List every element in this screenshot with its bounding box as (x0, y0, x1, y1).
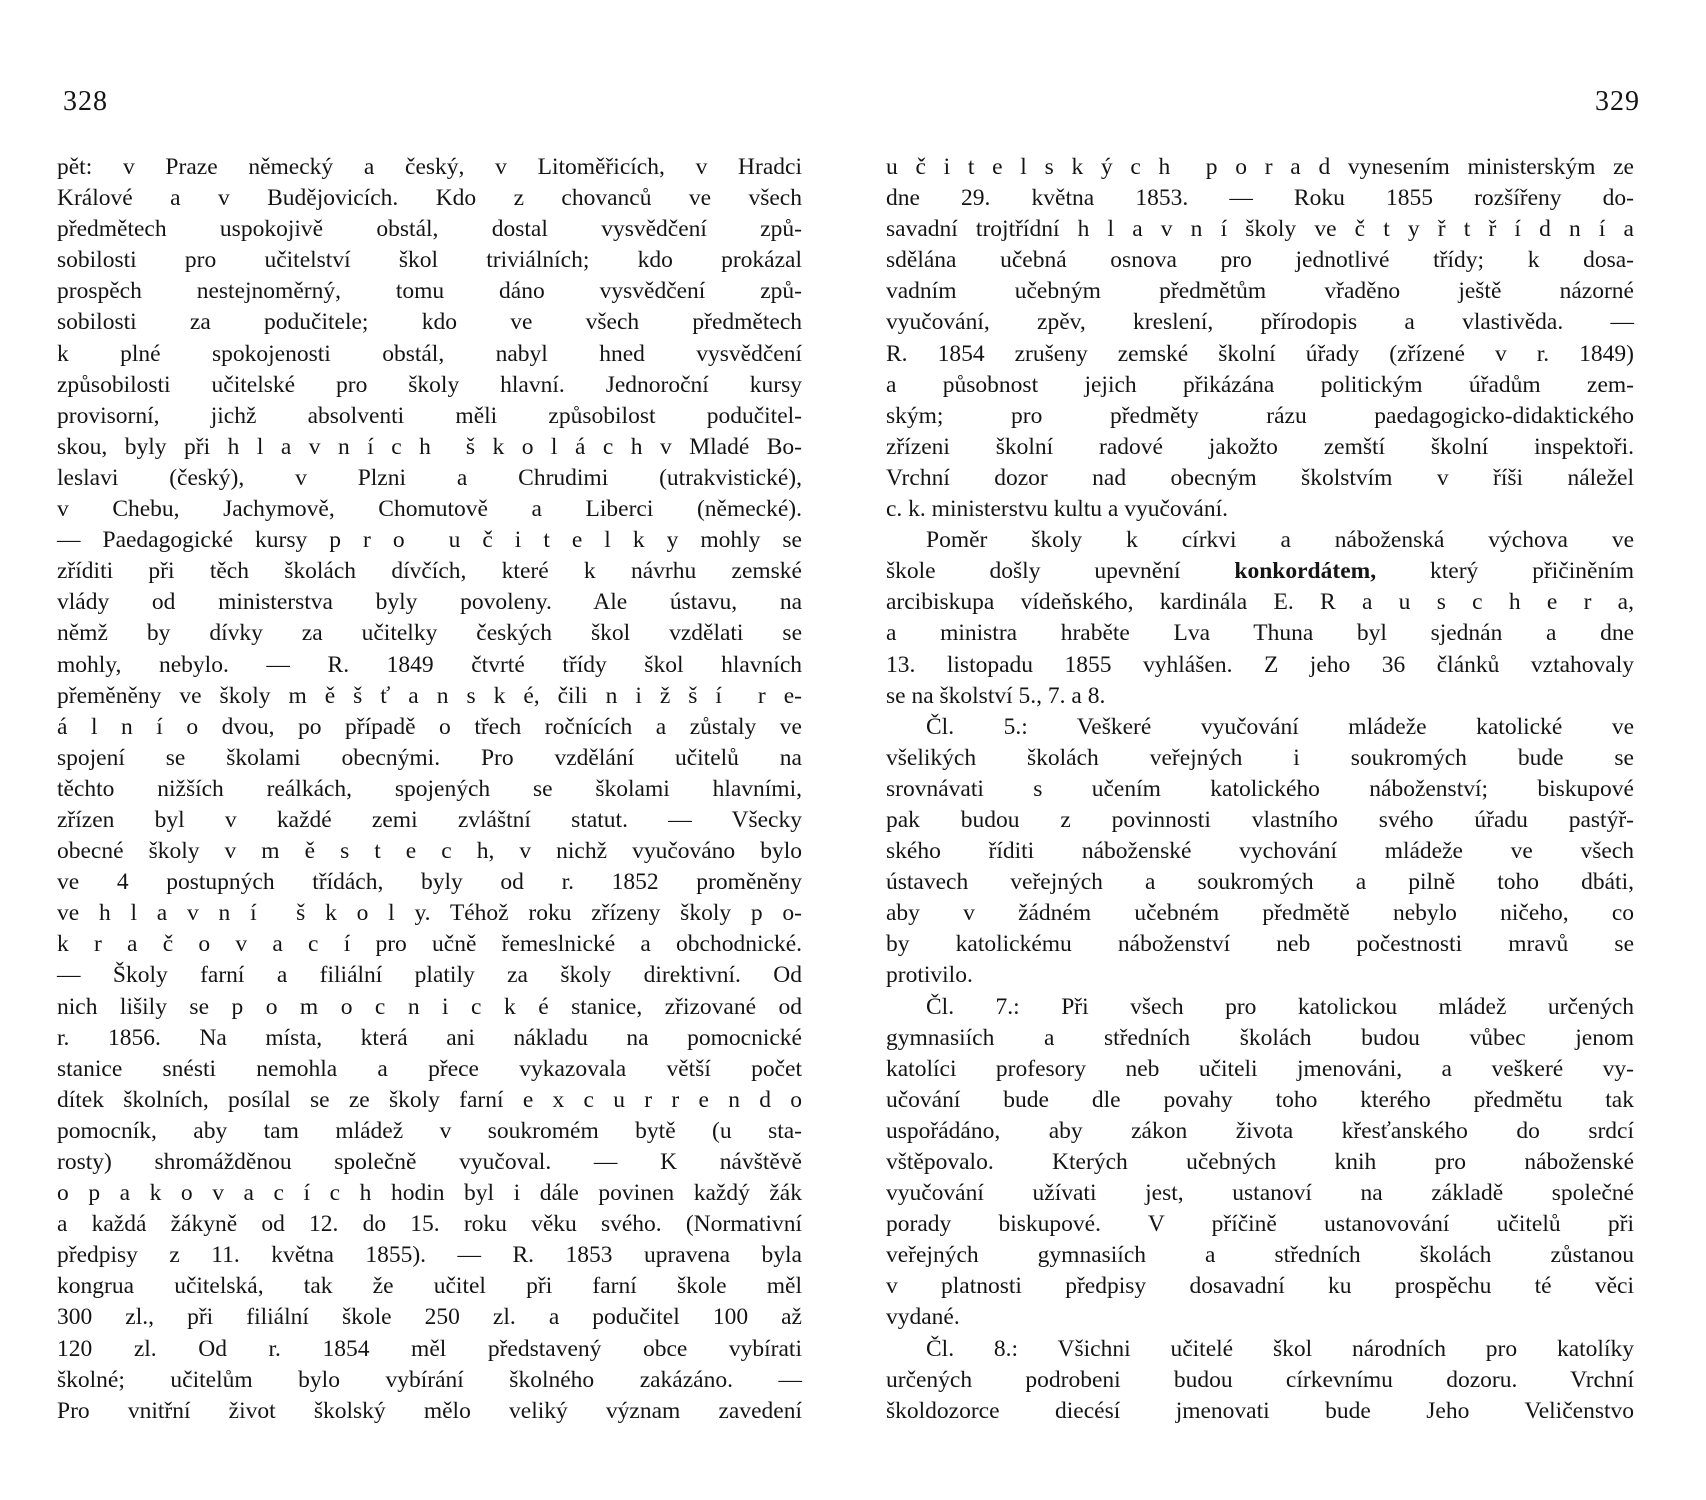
text-line: a každá žákyně od 12. do 15. roku věku s… (57, 1209, 802, 1240)
text-line: — Školy farní a filiální platily za škol… (57, 960, 802, 991)
text-line: Čl. 5.: Veškeré vyučování mládeže katoli… (886, 712, 1634, 743)
text-line: dítek školních, posílal se ze školy farn… (57, 1085, 802, 1116)
text-line: Čl. 8.: Všichni učitelé škol národních p… (886, 1334, 1634, 1365)
text-line: ského říditi náboženské vychování mládež… (886, 836, 1634, 867)
text-line: způsobilosti učitelské pro školy hlavní.… (57, 370, 802, 401)
text-line: škole došly upevnění konkordátem, který … (886, 556, 1634, 587)
text-line: — Paedagogické kursy p r o u č i t e l k… (57, 525, 802, 556)
text-line: v Chebu, Jachymově, Chomutově a Liberci … (57, 494, 802, 525)
text-line: předmětech uspokojivě obstál, dostal vys… (57, 214, 802, 245)
text-line: mohly, nebylo. — R. 1849 čtvrté třídy šk… (57, 650, 802, 681)
text-line: zřízen byl v každé zemi zvláštní statut.… (57, 805, 802, 836)
text-line: předpisy z 11. května 1855). — R. 1853 u… (57, 1240, 802, 1271)
text-line: 300 zl., při filiální škole 250 zl. a po… (57, 1302, 802, 1333)
text-line: ským; pro předměty rázu paedagogicko-did… (886, 401, 1634, 432)
text-column-right: u č i t e l s k ý c h p o r a d vynesení… (886, 152, 1634, 1427)
text-line: á l n í o dvou, po případě o třech roční… (57, 712, 802, 743)
text-line: přeměněny ve školy m ě š ť a n s k é, či… (57, 681, 802, 712)
text-line: gymnasiích a středních školách budou vůb… (886, 1023, 1634, 1054)
text-line: veřejných gymnasiích a středních školách… (886, 1240, 1634, 1271)
book-scan-spread: { "page": { "left_page_number": "328", "… (0, 0, 1706, 1500)
text-line: provisorní, jichž absolventi měli způsob… (57, 401, 802, 432)
text-line: porady biskupové. V příčině ustanovování… (886, 1209, 1634, 1240)
text-line: u č i t e l s k ý c h p o r a d vynesení… (886, 152, 1634, 183)
text-line: učování bude dle povahy toho kterého pře… (886, 1085, 1634, 1116)
text-line: všelikých školách veřejných i soukromých… (886, 743, 1634, 774)
text-line: vyučování, zpěv, kreslení, přírodopis a … (886, 307, 1634, 338)
text-line: a působnost jejich přikázána politickým … (886, 370, 1634, 401)
text-line: dne 29. května 1853. — Roku 1855 rozšíře… (886, 183, 1634, 214)
text-line: a ministra hraběte Lva Thuna byl sjednán… (886, 618, 1634, 649)
text-line: pak budou z povinnosti vlastního svého ú… (886, 805, 1634, 836)
text-line: zřízeni školní radové jakožto zemští ško… (886, 432, 1634, 463)
text-line: vlády od ministerstva byly povoleny. Ale… (57, 587, 802, 618)
text-line: kongrua učitelská, tak že učitel při far… (57, 1271, 802, 1302)
text-line: 120 zl. Od r. 1854 měl představený obce … (57, 1334, 802, 1365)
text-line: určených podrobeni budou církevnímu dozo… (886, 1365, 1634, 1396)
text-line: aby v žádném učebném předmětě nebylo nič… (886, 898, 1634, 929)
text-line: k plné spokojenosti obstál, nabyl hned v… (57, 339, 802, 370)
text-line: pomocník, aby tam mládež v soukromém byt… (57, 1116, 802, 1147)
text-line: leslavi (český), v Plzni a Chrudimi (utr… (57, 463, 802, 494)
text-line: sdělána učebná osnova pro jednotlivé tří… (886, 245, 1634, 276)
text-line: vyučování užívati jest, ustanoví na zákl… (886, 1178, 1634, 1209)
text-line: ústavech veřejných a soukromých a pilně … (886, 867, 1634, 898)
text-line: prospěch nestejnoměrný, tomu dáno vysvěd… (57, 276, 802, 307)
text-line: ve 4 postupných třídách, byly od r. 1852… (57, 867, 802, 898)
text-line: obecné školy v m ě s t e c h, v nichž vy… (57, 836, 802, 867)
text-line: zříditi při těch školách dívčích, které … (57, 556, 802, 587)
text-line: nich lišily se p o m o c n i c k é stani… (57, 992, 802, 1023)
text-line: Poměr školy k církvi a náboženská výchov… (886, 525, 1634, 556)
text-line: školdozorce diecésí jmenovati bude Jeho … (886, 1396, 1634, 1427)
text-line: Pro vnitřní život školský mělo veliký vý… (57, 1396, 802, 1427)
text-line: školné; učitelům bylo vybírání školného … (57, 1365, 802, 1396)
text-line: katolíci profesory neb učiteli jmenováni… (886, 1054, 1634, 1085)
text-line: k r a č o v a c í pro učně řemeslnické a… (57, 929, 802, 960)
text-line: těchto nižších reálkách, spojených se šk… (57, 774, 802, 805)
text-line: rosty) shromážděnou společně vyučoval. —… (57, 1147, 802, 1178)
text-line: vadním učebným předmětům vřaděno ještě n… (886, 276, 1634, 307)
text-line: sobilosti za podučitele; kdo ve všech př… (57, 307, 802, 338)
text-line: savadní trojtřídní h l a v n í školy ve … (886, 214, 1634, 245)
text-line: vydané. (886, 1302, 1634, 1333)
text-line: R. 1854 zrušeny zemské školní úřady (zří… (886, 339, 1634, 370)
text-line: protivilo. (886, 960, 1634, 991)
text-line: 13. listopadu 1855 vyhlášen. Z jeho 36 č… (886, 650, 1634, 681)
text-line: uspořádáno, aby zákon života křesťanskéh… (886, 1116, 1634, 1147)
page-number-left: 328 (63, 86, 108, 118)
text-line: Králové a v Budějovicích. Kdo z chovanců… (57, 183, 802, 214)
text-line: němž by dívky za učitelky českých škol v… (57, 618, 802, 649)
text-line: ve h l a v n í š k o l y. Téhož roku zří… (57, 898, 802, 929)
text-line: sobilosti pro učitelství škol triviálníc… (57, 245, 802, 276)
text-line: pět: v Praze německý a český, v Litoměři… (57, 152, 802, 183)
text-line: se na školství 5., 7. a 8. (886, 681, 1634, 712)
text-line: srovnávati s učením katolického nábožens… (886, 774, 1634, 805)
text-line: o p a k o v a c í c h hodin byl i dále p… (57, 1178, 802, 1209)
text-line: spojení se školami obecnými. Pro vzdělán… (57, 743, 802, 774)
text-line: vštěpovalo. Kterých učebných knih pro ná… (886, 1147, 1634, 1178)
text-line: stanice snésti nemohla a přece vykazoval… (57, 1054, 802, 1085)
text-line: v platnosti předpisy dosavadní ku prospě… (886, 1271, 1634, 1302)
text-line: arcibiskupa vídeňského, kardinála E. R a… (886, 587, 1634, 618)
page-number-right: 329 (1540, 86, 1640, 118)
text-line: Vrchní dozor nad obecným školstvím v říš… (886, 463, 1634, 494)
text-line: by katolickému náboženství neb počestnos… (886, 929, 1634, 960)
text-line: Čl. 7.: Při všech pro katolickou mládež … (886, 992, 1634, 1023)
text-line: c. k. ministerstvu kultu a vyučování. (886, 494, 1634, 525)
text-column-left: pět: v Praze německý a český, v Litoměři… (57, 152, 802, 1427)
text-line: skou, byly při h l a v n í c h š k o l á… (57, 432, 802, 463)
text-line: r. 1856. Na místa, která ani nákladu na … (57, 1023, 802, 1054)
